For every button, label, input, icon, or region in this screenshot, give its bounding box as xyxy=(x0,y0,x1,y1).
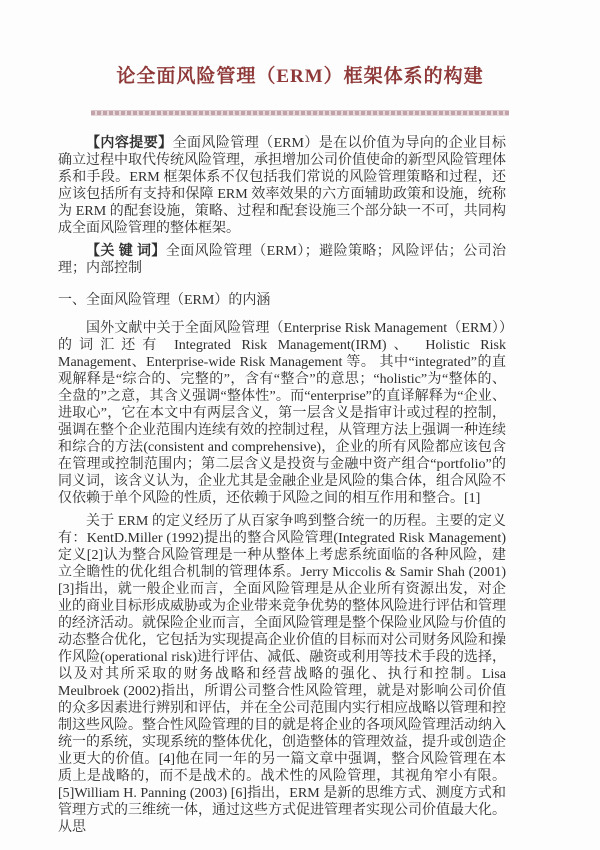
document-body: 【内容提要】全面风险管理（ERM）是在以价值为导向的企业目标确立过程中取代传统风… xyxy=(58,135,506,836)
title-divider xyxy=(91,110,509,116)
keywords-label: 【关 键 词】 xyxy=(86,244,166,259)
keywords-paragraph: 【关 键 词】全面风险管理（ERM）；避险策略；风险评估；公司治理；内部控制 xyxy=(58,243,506,277)
page-title: 论全面风险管理（ERM）框架体系的构建 xyxy=(30,64,570,90)
abstract-text: 全面风险管理（ERM）是在以价值为导向的企业目标确立过程中取代传统风险管理，承担… xyxy=(58,136,506,236)
body-paragraph: 国外文献中关于全面风险管理（Enterprise Risk Management… xyxy=(58,320,506,507)
abstract-label: 【内容提要】 xyxy=(86,136,173,151)
document-page: 论全面风险管理（ERM）框架体系的构建 【内容提要】全面风险管理（ERM）是在以… xyxy=(0,0,600,850)
abstract-paragraph: 【内容提要】全面风险管理（ERM）是在以价值为导向的企业目标确立过程中取代传统风… xyxy=(58,135,506,237)
body-paragraph: 关于 ERM 的定义经历了从百家争鸣到整合统一的历程。主要的定义有：KentD.… xyxy=(58,513,506,836)
section-heading: 一、全面风险管理（ERM）的内涵 xyxy=(58,292,506,309)
